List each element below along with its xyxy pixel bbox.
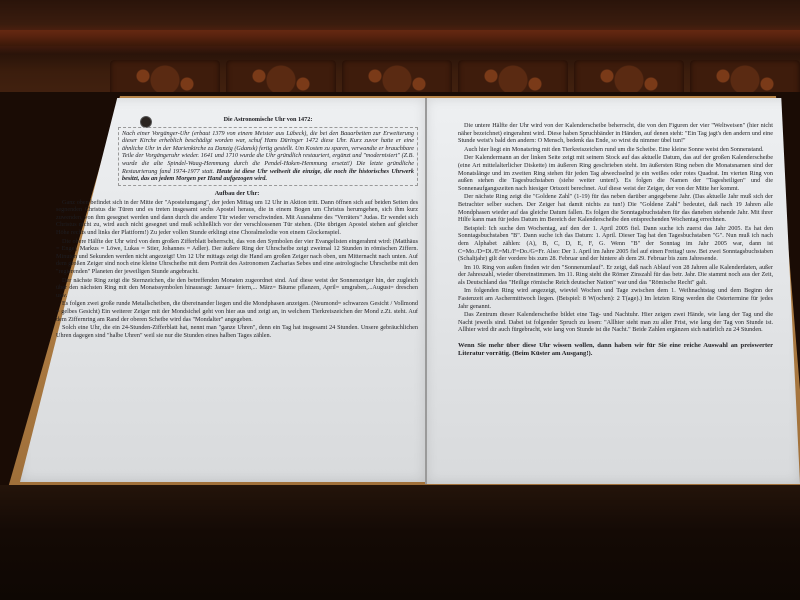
wooden-cornice xyxy=(0,30,800,46)
right-page-text: Die untere Hälfte der Uhr wird von der K… xyxy=(458,122,773,359)
paragraph: Solch eine Uhr, die ein 24-Stunden-Ziffe… xyxy=(56,324,418,339)
paragraph: Ganz oben befindet sich in der Mitte der… xyxy=(56,199,418,237)
intro-box: Nach einer Vorgänger-Uhr (erbaut 1379 vo… xyxy=(118,127,418,186)
paragraph: Im 10. Ring von außen finden wir den "So… xyxy=(458,264,773,287)
paragraph: Auch hier liegt ein Monatsring mit den T… xyxy=(458,146,773,154)
section-heading: Aufbau der Uhr: xyxy=(56,190,418,198)
closing-note: Wenn Sie mehr über diese Uhr wissen woll… xyxy=(458,342,773,358)
paragraph: Die obere Hälfte der Uhr wird von dem gr… xyxy=(56,238,418,276)
paragraph: Beispiel: Ich suche den Wochentag, auf d… xyxy=(458,225,773,263)
paragraph: Der nächste Ring zeigt die "Goldene Zahl… xyxy=(458,193,773,223)
left-page-text: Die Astronomische Uhr von 1472: Nach ein… xyxy=(118,116,418,189)
paragraph: Im folgenden Ring wird angezeigt, wievie… xyxy=(458,287,773,310)
paragraph: Die untere Hälfte der Uhr wird von der K… xyxy=(458,122,773,145)
paragraph: Der nächste Ring zeigt die Sternzeichen,… xyxy=(56,277,418,300)
paragraph: Der Kalendermann an der linken Seite zei… xyxy=(458,154,773,192)
dark-wood-table xyxy=(0,485,800,600)
clock-structure-section: Aufbau der Uhr: Ganz oben befindet sich … xyxy=(56,190,418,340)
page-fold xyxy=(425,98,427,484)
paragraph: Das Zentrum dieser Kalenderscheibe bilde… xyxy=(458,311,773,334)
document-title: Die Astronomische Uhr von 1472: xyxy=(118,116,418,124)
paragraph: Es folgen zwei große runde Metallscheibe… xyxy=(56,300,418,323)
